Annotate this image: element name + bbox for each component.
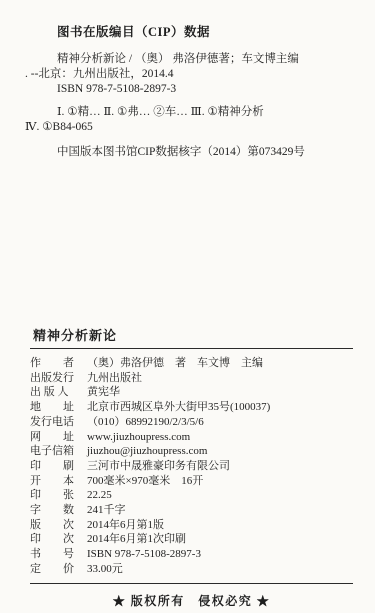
book-copyright-page: 图书在版编目（CIP）数据 精神分析新论 / （奥） 弗洛伊德著；车文博主编 .…: [0, 0, 375, 613]
row-label: 书 号: [30, 547, 78, 562]
row-value: 22.25: [87, 488, 112, 503]
row-label: 印 刷: [30, 459, 78, 474]
colophon-row-publisher-person: 出 版 人黄宪华: [30, 385, 353, 400]
colophon-row-price: 定 价33.00元: [30, 562, 353, 577]
row-label: 开 本: [30, 474, 78, 489]
row-value: （奥）弗洛伊德 著 车文博 主编: [87, 356, 263, 371]
book-title: 精神分析新论: [33, 325, 353, 344]
colophon-rows: 作 者（奥）弗洛伊德 著 车文博 主编 出版发行九州出版社 出 版 人黄宪华 地…: [30, 356, 353, 577]
row-label: 版 次: [30, 518, 78, 533]
cip-heading: 图书在版编目（CIP）数据: [57, 22, 349, 40]
row-value: jiuzhou@jiuzhoupress.com: [87, 444, 207, 459]
row-value: www.jiuzhoupress.com: [87, 430, 190, 445]
colophon-row-email: 电子信箱jiuzhou@jiuzhoupress.com: [30, 444, 353, 459]
row-label: 出 版 人: [30, 385, 78, 400]
row-value: 黄宪华: [87, 385, 120, 400]
row-value: 2014年6月第1版: [87, 518, 164, 533]
row-label: 作 者: [30, 356, 78, 371]
colophon-row-sheets: 印 张22.25: [30, 488, 353, 503]
cip-title-line: 精神分析新论 / （奥） 弗洛伊德著；车文博主编: [25, 52, 349, 67]
colophon-row-website: 网 址www.jiuzhoupress.com: [30, 430, 353, 445]
colophon-section: 精神分析新论 作 者（奥）弗洛伊德 著 车文博 主编 出版发行九州出版社 出 版…: [30, 325, 353, 609]
cip-publisher-line: . --北京：九州出版社，2014.4: [25, 67, 349, 82]
row-value: 33.00元: [87, 562, 123, 577]
colophon-row-address: 地 址北京市西城区阜外大街甲35号(100037): [30, 400, 353, 415]
row-label: 电子信箱: [30, 444, 78, 459]
colophon-row-isbn: 书 号ISBN 978-7-5108-2897-3: [30, 547, 353, 562]
row-value: 北京市西城区阜外大街甲35号(100037): [87, 400, 270, 415]
colophon-row-format: 开 本700毫米×970毫米 16开: [30, 474, 353, 489]
row-value: 700毫米×970毫米 16开: [87, 474, 203, 489]
colophon-row-publisher: 出版发行九州出版社: [30, 371, 353, 386]
cip-classification-line-1: Ⅰ. ①精… Ⅱ. ①弗… ②车… Ⅲ. ①精神分析: [25, 105, 349, 120]
divider-top: [30, 348, 353, 349]
row-label: 定 价: [30, 562, 78, 577]
row-value: 2014年6月第1次印刷: [87, 532, 186, 547]
row-label: 印 次: [30, 532, 78, 547]
row-value: 241千字: [87, 503, 126, 518]
cip-section: 图书在版编目（CIP）数据 精神分析新论 / （奥） 弗洛伊德著；车文博主编 .…: [25, 22, 349, 160]
row-label: 网 址: [30, 430, 78, 445]
colophon-row-word-count: 字 数241千字: [30, 503, 353, 518]
row-label: 地 址: [30, 400, 78, 415]
divider-bottom: [30, 583, 353, 584]
cip-record-number-line: 中国版本图书馆CIP数据核字（2014）第073429号: [25, 145, 349, 160]
row-value: （010）68992190/2/3/5/6: [87, 415, 204, 430]
row-label: 字 数: [30, 503, 78, 518]
row-value: 九州出版社: [87, 371, 142, 386]
colophon-row-printing: 印 次2014年6月第1次印刷: [30, 532, 353, 547]
cip-isbn-line: ISBN 978-7-5108-2897-3: [25, 82, 349, 97]
row-value: ISBN 978-7-5108-2897-3: [87, 547, 201, 562]
colophon-row-phone: 发行电话（010）68992190/2/3/5/6: [30, 415, 353, 430]
colophon-row-author: 作 者（奥）弗洛伊德 著 车文博 主编: [30, 356, 353, 371]
cip-classification-line-2: Ⅳ. ①B84-065: [25, 120, 349, 135]
colophon-row-printer: 印 刷三河市中晟雅豪印务有限公司: [30, 459, 353, 474]
row-value: 三河市中晟雅豪印务有限公司: [87, 459, 230, 474]
row-label: 出版发行: [30, 371, 78, 386]
colophon-row-edition: 版 次2014年6月第1版: [30, 518, 353, 533]
row-label: 印 张: [30, 488, 78, 503]
row-label: 发行电话: [30, 415, 78, 430]
copyright-notice: ★ 版权所有 侵权必究 ★: [30, 592, 353, 609]
